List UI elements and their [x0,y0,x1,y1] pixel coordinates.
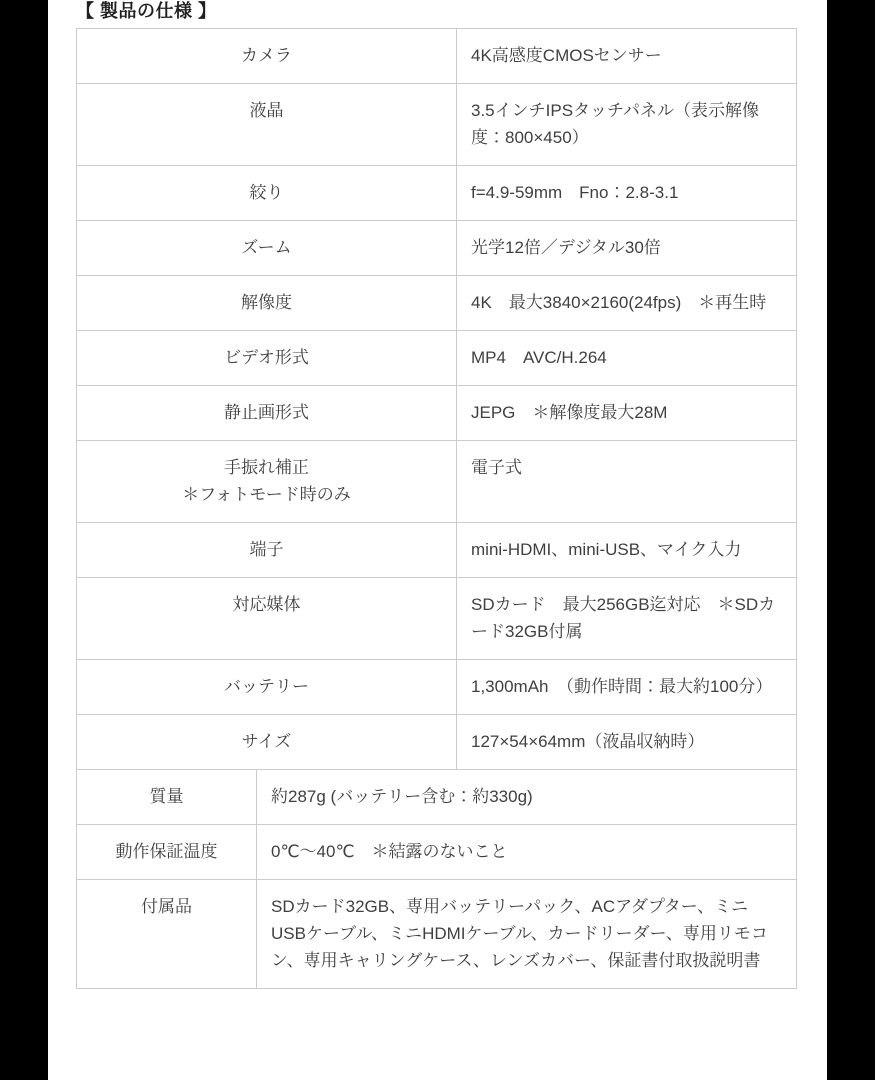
spec-label: 手振れ補正 ＊フォトモード時のみ [77,441,457,522]
spec-label: ビデオ形式 [77,331,457,385]
spec-label: 静止画形式 [77,386,457,440]
spec-label: 絞り [77,166,457,220]
table-row: 静止画形式 JEPG ＊解像度最大28M [77,386,796,441]
table-row: 対応媒体 SDカード 最大256GB迄対応 ＊SDカード32GB付属 [77,578,796,660]
table-row: 手振れ補正 ＊フォトモード時のみ 電子式 [77,441,796,523]
table-row: カメラ 4K高感度CMOSセンサー [77,29,796,84]
spec-value: mini-HDMI、mini-USB、マイク入力 [457,523,796,577]
spec-value: 4K 最大3840×2160(24fps) ＊再生時 [457,276,796,330]
spec-value: 電子式 [457,441,796,522]
spec-label: 対応媒体 [77,578,457,659]
table-row: ビデオ形式 MP4 AVC/H.264 [77,331,796,386]
spec-value: 0℃～40℃ ＊結露のないこと [257,825,796,879]
spec-label: 動作保証温度 [77,825,257,879]
table-row: 端子 mini-HDMI、mini-USB、マイク入力 [77,523,796,578]
table-row: バッテリー 1,300mAh （動作時間：最大約100分） [77,660,796,715]
spec-value: 4K高感度CMOSセンサー [457,29,796,83]
spec-value: f=4.9-59mm Fno：2.8-3.1 [457,166,796,220]
spec-label: サイズ [77,715,457,769]
right-pillarbox-bar [827,0,875,1080]
table-row: 付属品 SDカード32GB、専用バッテリーパック、ACアダプター、ミニUSBケー… [77,880,796,989]
spec-label: バッテリー [77,660,457,714]
spec-label: 質量 [77,770,257,824]
spec-label: カメラ [77,29,457,83]
section-title: 【 製品の仕様 】 [76,0,797,22]
table-row: 絞り f=4.9-59mm Fno：2.8-3.1 [77,166,796,221]
spec-value: 1,300mAh （動作時間：最大約100分） [457,660,796,714]
spec-label: 付属品 [77,880,257,988]
spec-value: 約287g (バッテリー含む：約330g) [257,770,796,824]
spec-value: MP4 AVC/H.264 [457,331,796,385]
spec-label: 端子 [77,523,457,577]
table-row: 解像度 4K 最大3840×2160(24fps) ＊再生時 [77,276,796,331]
spec-value: SDカード32GB、専用バッテリーパック、ACアダプター、ミニUSBケーブル、ミ… [257,880,796,988]
table-row: 質量 約287g (バッテリー含む：約330g) [77,770,796,825]
table-row: サイズ 127×54×64mm（液晶収納時） [77,715,796,770]
left-pillarbox-bar [0,0,48,1080]
spec-table: カメラ 4K高感度CMOSセンサー 液晶 3.5インチIPSタッチパネル（表示解… [76,28,797,989]
spec-section: 【 製品の仕様 】 カメラ 4K高感度CMOSセンサー 液晶 3.5インチIPS… [76,0,797,989]
spec-label: 液晶 [77,84,457,165]
spec-value: 光学12倍／デジタル30倍 [457,221,796,275]
spec-value: 127×54×64mm（液晶収納時） [457,715,796,769]
spec-label: ズーム [77,221,457,275]
spec-value: JEPG ＊解像度最大28M [457,386,796,440]
spec-value: SDカード 最大256GB迄対応 ＊SDカード32GB付属 [457,578,796,659]
page: 【 製品の仕様 】 カメラ 4K高感度CMOSセンサー 液晶 3.5インチIPS… [0,0,875,1080]
table-row: ズーム 光学12倍／デジタル30倍 [77,221,796,276]
table-row: 動作保証温度 0℃～40℃ ＊結露のないこと [77,825,796,880]
table-row: 液晶 3.5インチIPSタッチパネル（表示解像度：800×450） [77,84,796,166]
spec-value: 3.5インチIPSタッチパネル（表示解像度：800×450） [457,84,796,165]
spec-label: 解像度 [77,276,457,330]
